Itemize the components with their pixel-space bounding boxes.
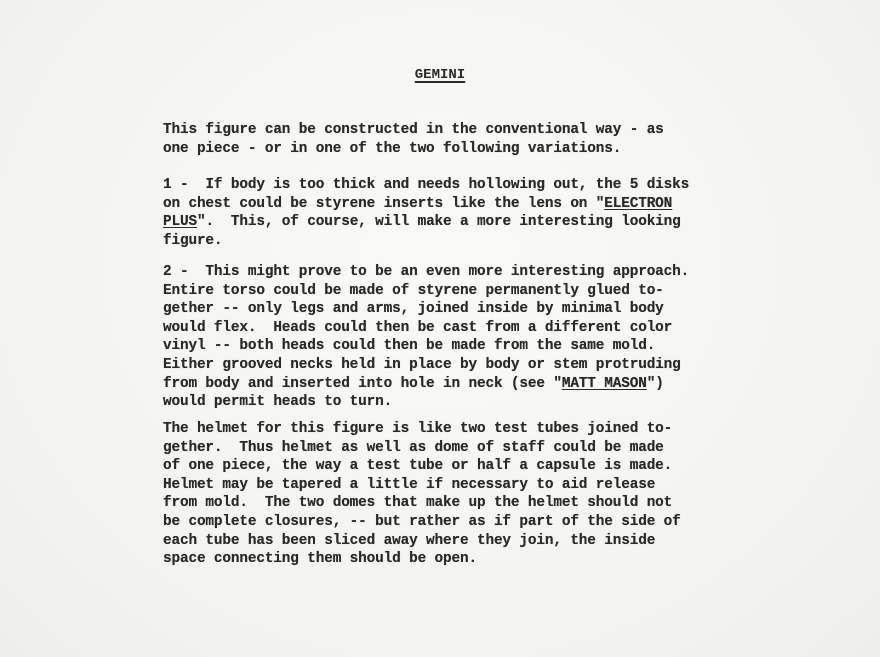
paragraph-helmet: The helmet for this figure is like two t… bbox=[163, 420, 763, 569]
text-line: would flex. Heads could then be cast fro… bbox=[163, 319, 763, 338]
text-line: space connecting them should be open. bbox=[163, 550, 763, 569]
text-line: each tube has been sliced away where the… bbox=[163, 532, 763, 551]
text-line: be complete closures, -- but rather as i… bbox=[163, 513, 763, 532]
text-line: Helmet may be tapered a little if necess… bbox=[163, 476, 763, 495]
product-reference: MATT MASON bbox=[562, 376, 647, 392]
text-line: would permit heads to turn. bbox=[163, 393, 763, 412]
text-line: from body and inserted into hole in neck… bbox=[163, 375, 763, 394]
text-line: Either grooved necks held in place by bo… bbox=[163, 356, 763, 375]
paragraph-variation-2: 2 - This might prove to be an even more … bbox=[163, 263, 763, 412]
paragraph-intro: This figure can be constructed in the co… bbox=[163, 121, 763, 158]
text-line: gether -- only legs and arms, joined ins… bbox=[163, 300, 763, 319]
text-line: vinyl -- both heads could then be made f… bbox=[163, 337, 763, 356]
text-line: 2 - This might prove to be an even more … bbox=[163, 263, 763, 282]
product-reference: PLUS bbox=[163, 214, 197, 230]
text-line: The helmet for this figure is like two t… bbox=[163, 420, 763, 439]
text-line: of one piece, the way a test tube or hal… bbox=[163, 457, 763, 476]
text-line: PLUS". This, of course, will make a more… bbox=[163, 213, 763, 232]
document-title: GEMINI bbox=[0, 67, 880, 83]
text-line: gether. Thus helmet as well as dome of s… bbox=[163, 439, 763, 458]
text-line: This figure can be constructed in the co… bbox=[163, 121, 763, 140]
title-text: GEMINI bbox=[415, 67, 465, 83]
text-line: figure. bbox=[163, 232, 763, 251]
product-reference: ELECTRON bbox=[604, 196, 672, 212]
text-line: 1 - If body is too thick and needs hollo… bbox=[163, 176, 763, 195]
text-line: from mold. The two domes that make up th… bbox=[163, 494, 763, 513]
paragraph-variation-1: 1 - If body is too thick and needs hollo… bbox=[163, 176, 763, 250]
text-line: one piece - or in one of the two followi… bbox=[163, 140, 763, 159]
text-line: Entire torso could be made of styrene pe… bbox=[163, 282, 763, 301]
typewritten-page: GEMINI This figure can be constructed in… bbox=[0, 0, 880, 657]
text-line: on chest could be styrene inserts like t… bbox=[163, 195, 763, 214]
